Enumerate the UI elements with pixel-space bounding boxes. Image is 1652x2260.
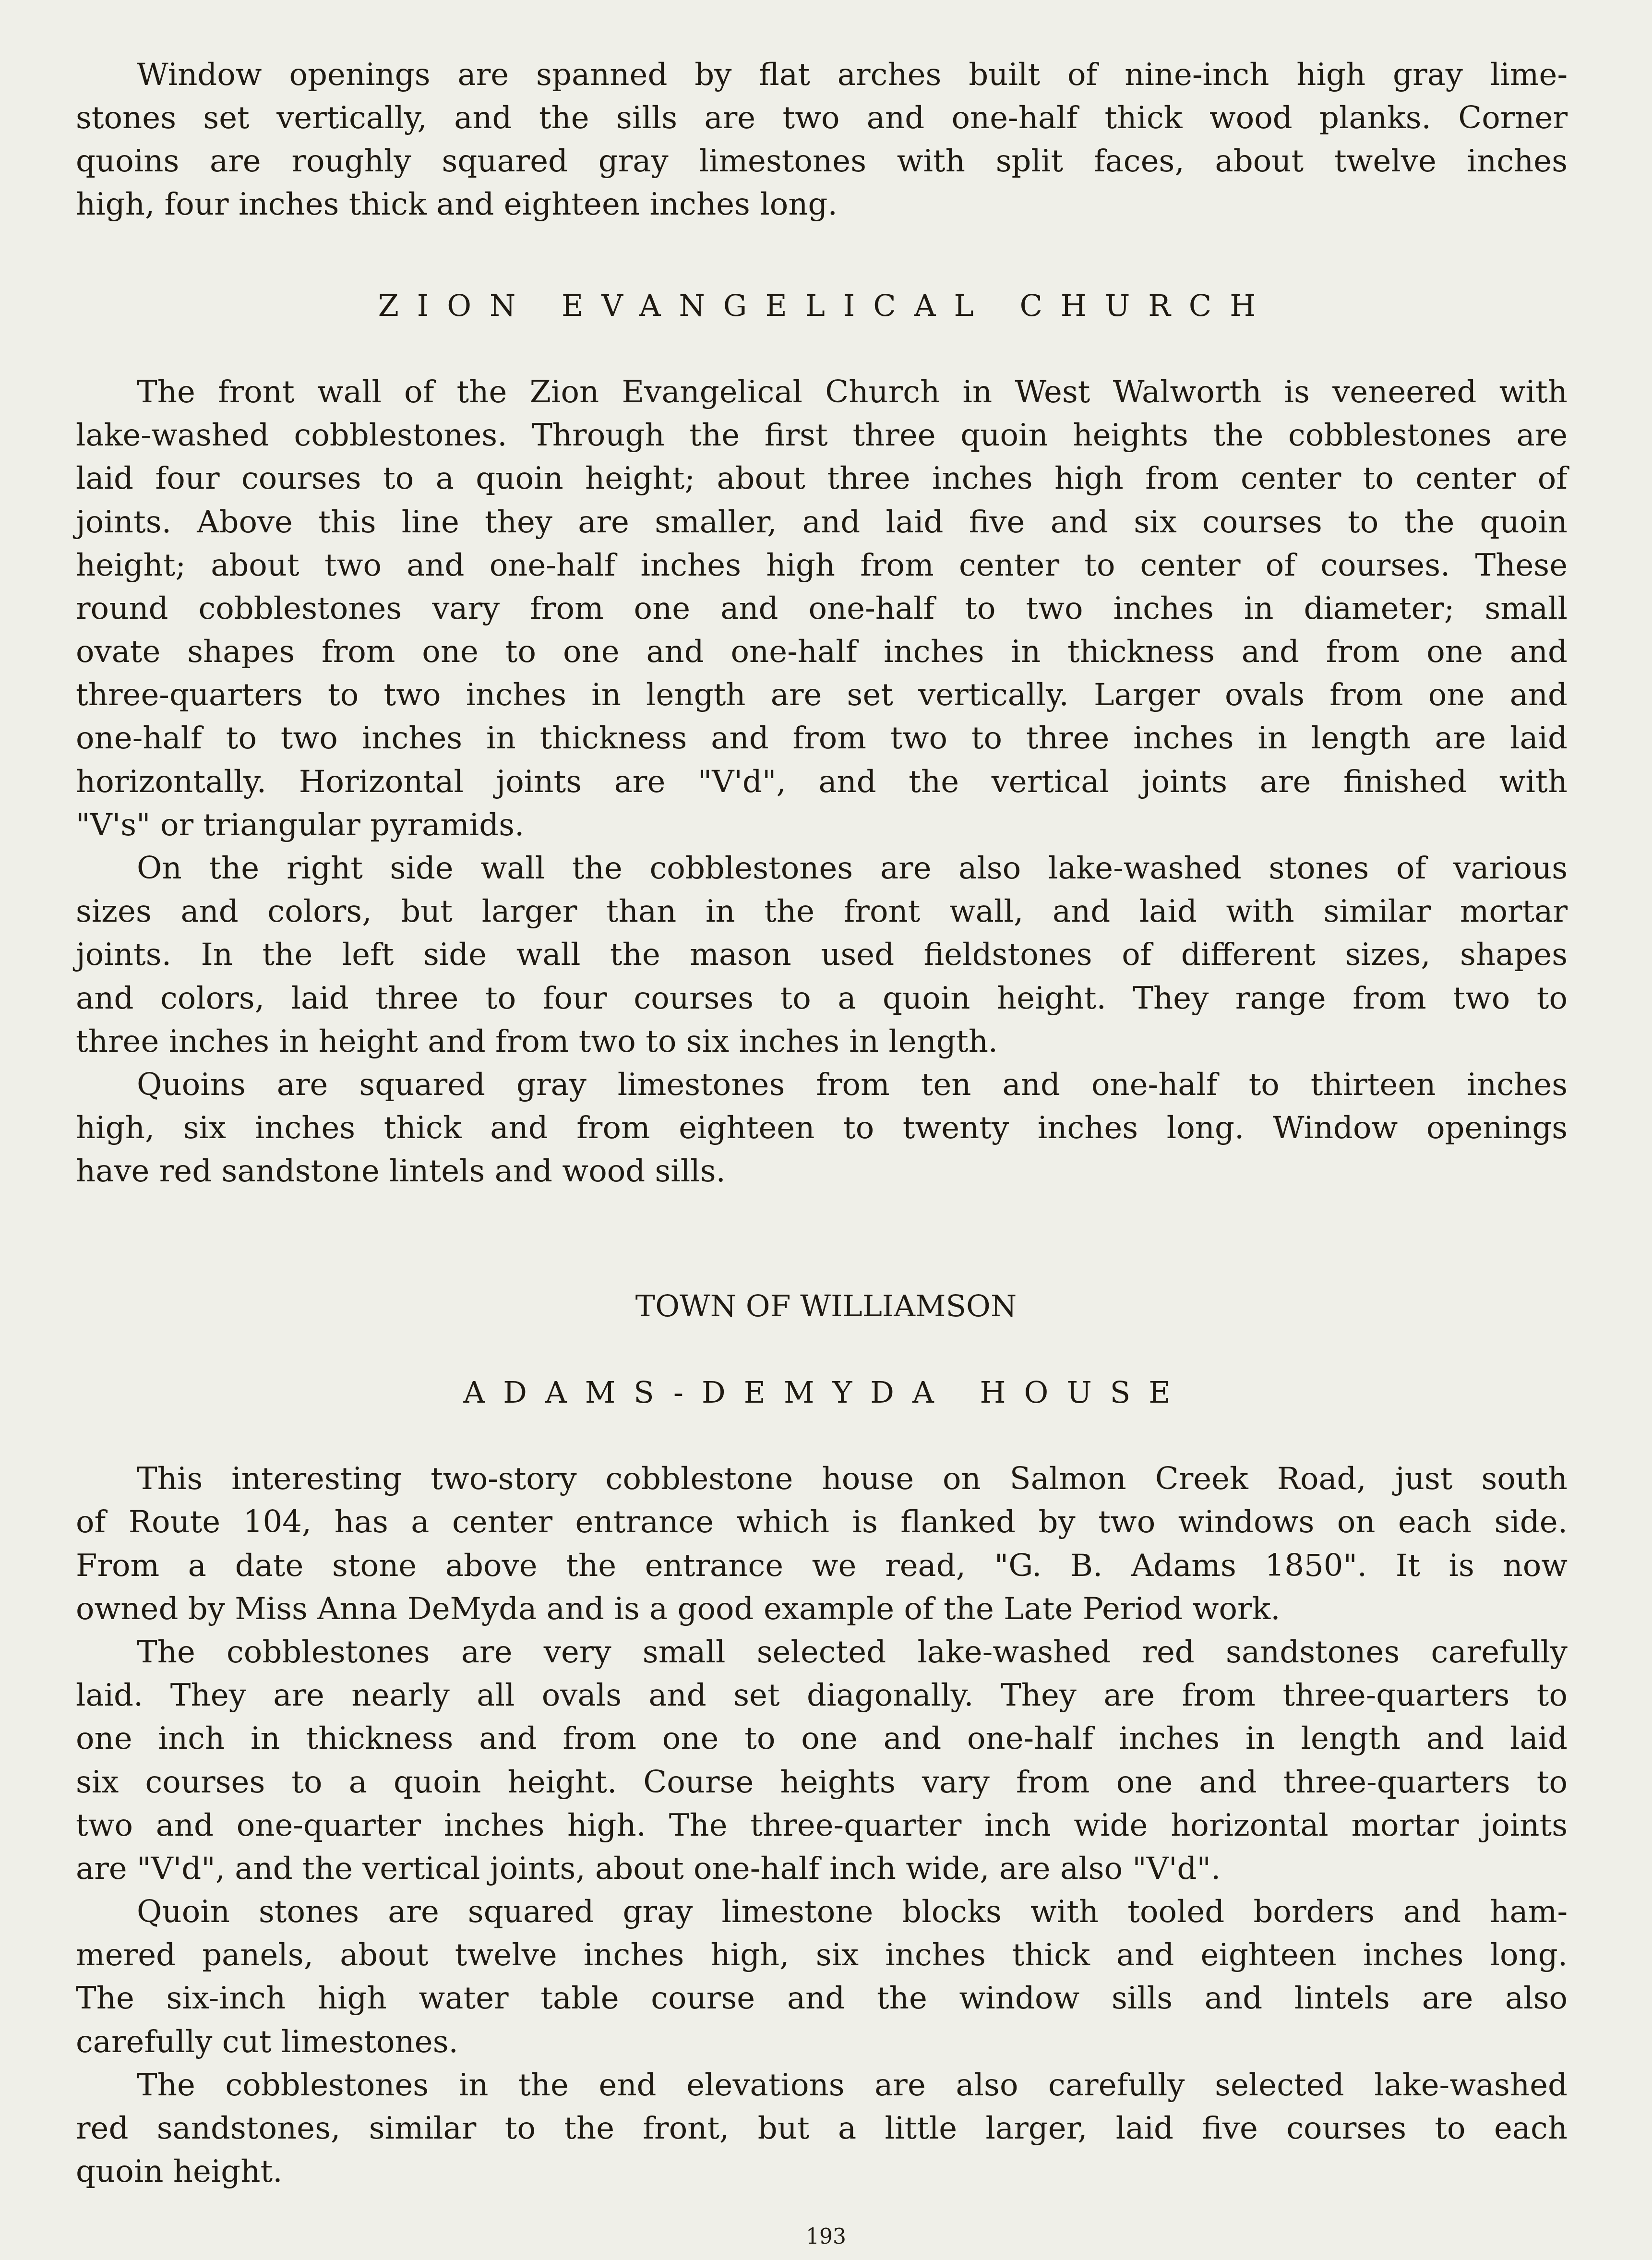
- text-line: From a date stone above the entrance we …: [76, 1544, 1568, 1587]
- town-heading-williamson: TOWN OF WILLIAMSON: [0, 1285, 1652, 1328]
- text-line: round cobblestones vary from one and one…: [76, 587, 1568, 630]
- text-line: high, four inches thick and eighteen inc…: [76, 183, 1568, 226]
- text-line: The cobblestones in the end elevations a…: [137, 2064, 1568, 2107]
- text-line: are "V'd", and the vertical joints, abou…: [76, 1847, 1568, 1890]
- text-line: ovate shapes from one to one and one-hal…: [76, 630, 1568, 673]
- text-line: height; about two and one-half inches hi…: [76, 544, 1568, 587]
- text-line: This interesting two-story cobblestone h…: [137, 1457, 1568, 1501]
- text-line: of Route 104, has a center entrance whic…: [76, 1501, 1568, 1544]
- text-line: carefully cut limestones.: [76, 2020, 1568, 2064]
- book-page: Window openings are spanned by flat arch…: [0, 0, 1652, 2260]
- section-heading-adams-demyda: ADAMS-DEMYDA HOUSE: [0, 1371, 1652, 1414]
- text-line: six courses to a quoin height. Course he…: [76, 1761, 1568, 1804]
- text-line: sizes and colors, but larger than in the…: [76, 890, 1568, 933]
- text-line: laid four courses to a quoin height; abo…: [76, 457, 1568, 500]
- text-line: stones set vertically, and the sills are…: [76, 96, 1568, 140]
- text-line: The cobblestones are very small selected…: [137, 1631, 1568, 1674]
- text-line: The six-inch high water table course and…: [76, 1977, 1568, 2020]
- text-line: The front wall of the Zion Evangelical C…: [137, 371, 1568, 414]
- text-line: Quoins are squared gray limestones from …: [137, 1063, 1568, 1106]
- text-line: On the right side wall the cobblestones …: [137, 847, 1568, 890]
- text-line: Window openings are spanned by flat arch…: [137, 53, 1568, 96]
- text-line: "V's" or triangular pyramids.: [76, 804, 1568, 847]
- text-line: one-half to two inches in thickness and …: [76, 717, 1568, 760]
- text-line: joints. In the left side wall the mason …: [76, 933, 1568, 976]
- text-line: red sandstones, similar to the front, bu…: [76, 2107, 1568, 2150]
- text-line: owned by Miss Anna DeMyda and is a good …: [76, 1587, 1568, 1631]
- text-line: horizontally. Horizontal joints are "V'd…: [76, 760, 1568, 804]
- text-line: joints. Above this line they are smaller…: [76, 501, 1568, 544]
- text-line: lake-washed cobblestones. Through the fi…: [76, 414, 1568, 457]
- text-line: quoin height.: [76, 2150, 1568, 2193]
- text-line: one inch in thickness and from one to on…: [76, 1717, 1568, 1760]
- text-line: three inches in height and from two to s…: [76, 1020, 1568, 1063]
- text-line: laid. They are nearly all ovals and set …: [76, 1674, 1568, 1717]
- text-line: have red sandstone lintels and wood sill…: [76, 1150, 1568, 1193]
- page-number: 193: [0, 2223, 1652, 2251]
- text-line: two and one-quarter inches high. The thr…: [76, 1804, 1568, 1847]
- text-line: three-quarters to two inches in length a…: [76, 673, 1568, 717]
- text-line: mered panels, about twelve inches high, …: [76, 1934, 1568, 1977]
- text-line: and colors, laid three to four courses t…: [76, 977, 1568, 1020]
- text-line: quoins are roughly squared gray limeston…: [76, 140, 1568, 183]
- text-line: Quoin stones are squared gray limestone …: [137, 1890, 1568, 1934]
- text-line: high, six inches thick and from eighteen…: [76, 1106, 1568, 1150]
- section-heading-zion: ZION EVANGELICAL CHURCH: [0, 284, 1652, 327]
